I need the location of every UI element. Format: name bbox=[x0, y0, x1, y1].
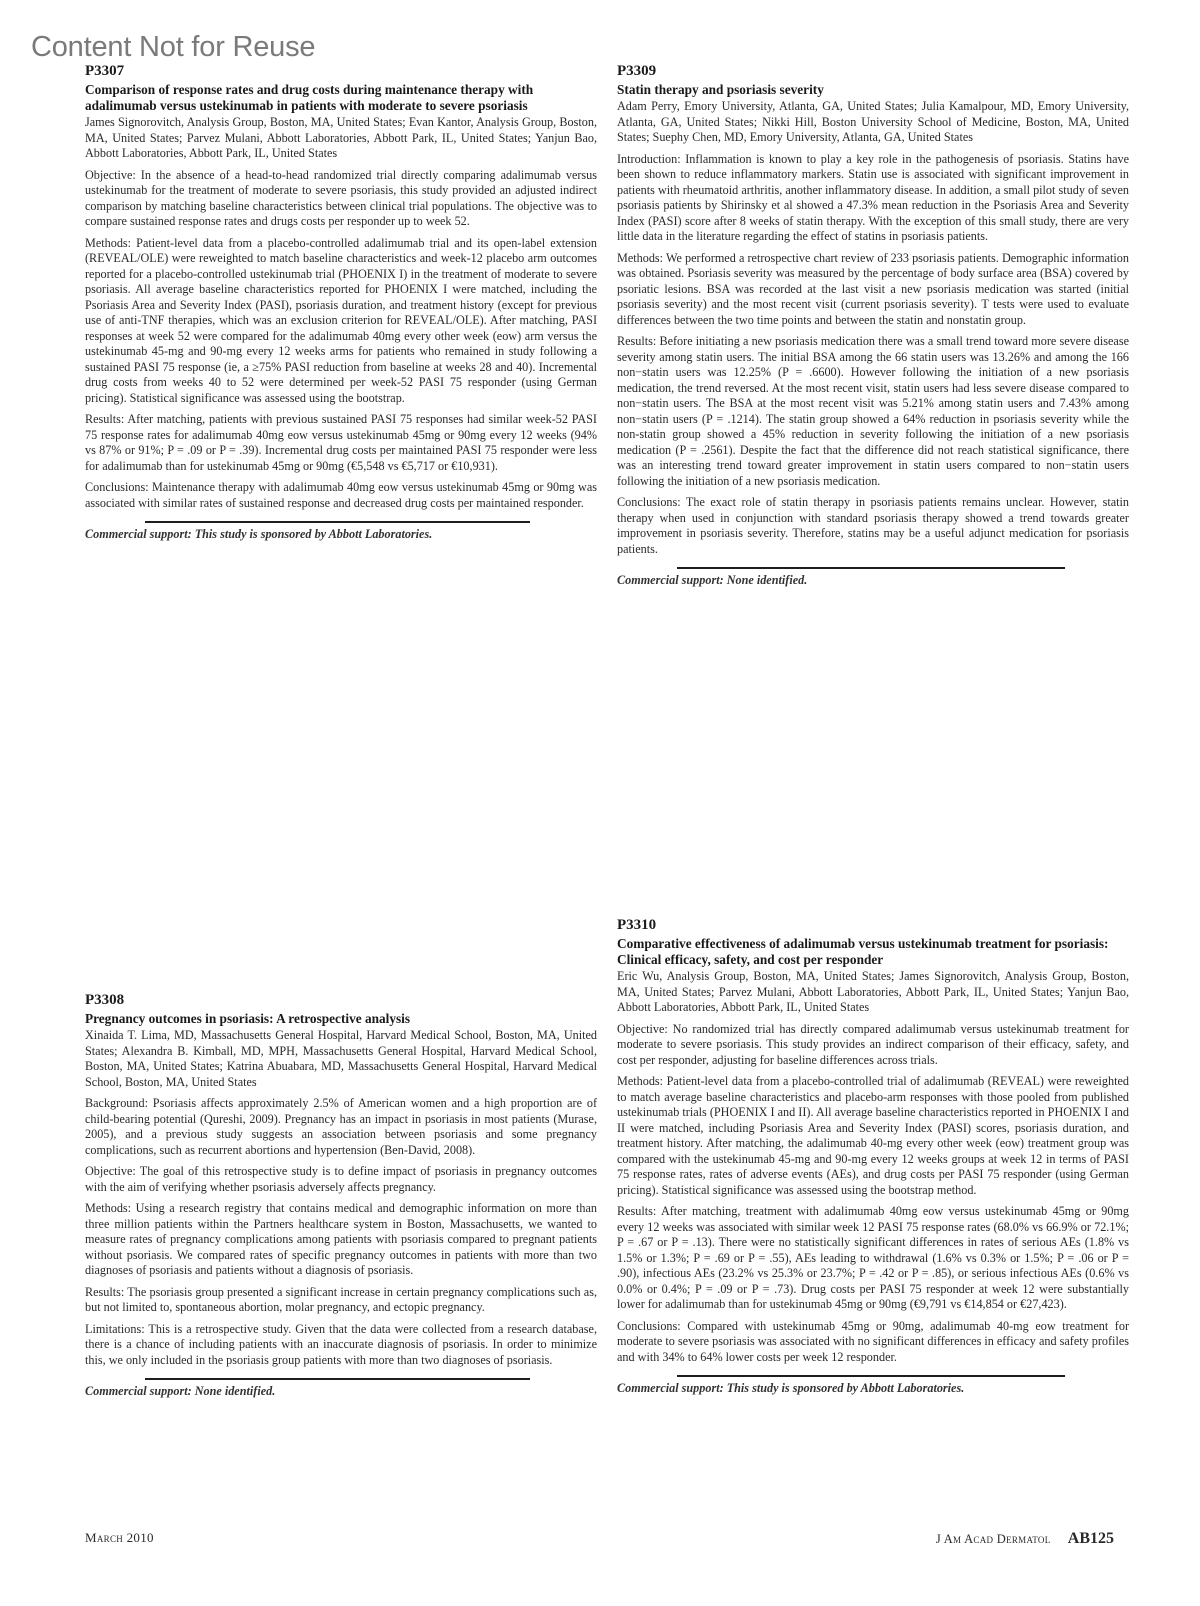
abstract-id: P3310 bbox=[617, 917, 1129, 934]
abstract-limitations: Limitations: This is a retrospective stu… bbox=[85, 1322, 597, 1369]
abstract-authors: Xinaida T. Lima, MD, Massachusetts Gener… bbox=[85, 1028, 597, 1090]
divider-rule bbox=[145, 521, 530, 523]
abstract-p3308: P3308 Pregnancy outcomes in psoriasis: A… bbox=[85, 992, 597, 1399]
abstract-objective: Objective: No randomized trial has direc… bbox=[617, 1022, 1129, 1069]
divider-rule bbox=[145, 1378, 530, 1380]
footer-date: March 2010 bbox=[85, 1530, 154, 1546]
abstract-conclusions: Conclusions: Maintenance therapy with ad… bbox=[85, 480, 597, 511]
abstract-introduction: Introduction: Inflammation is known to p… bbox=[617, 152, 1129, 245]
divider-rule bbox=[677, 567, 1065, 569]
abstract-p3307: P3307 Comparison of response rates and d… bbox=[85, 63, 597, 542]
abstract-results: Results: After matching, treatment with … bbox=[617, 1204, 1129, 1313]
commercial-support: Commercial support: None identified. bbox=[85, 1384, 597, 1399]
abstract-authors: Adam Perry, Emory University, Atlanta, G… bbox=[617, 99, 1129, 146]
abstract-methods: Methods: Using a research registry that … bbox=[85, 1201, 597, 1279]
commercial-support: Commercial support: This study is sponso… bbox=[85, 527, 597, 542]
abstract-methods: Methods: Patient-level data from a place… bbox=[85, 236, 597, 407]
abstract-id: P3307 bbox=[85, 63, 597, 80]
abstract-authors: James Signorovitch, Analysis Group, Bost… bbox=[85, 115, 597, 162]
footer-journal-info: J Am Acad Dermatol AB125 bbox=[936, 1530, 1114, 1548]
abstract-results: Results: The psoriasis group presented a… bbox=[85, 1285, 597, 1316]
abstract-objective: Objective: In the absence of a head-to-h… bbox=[85, 168, 597, 230]
abstract-conclusions: Conclusions: Compared with ustekinumab 4… bbox=[617, 1319, 1129, 1366]
abstract-title: Comparative effectiveness of adalimumab … bbox=[617, 936, 1129, 968]
abstract-background: Background: Psoriasis affects approximat… bbox=[85, 1096, 597, 1158]
abstract-title: Statin therapy and psoriasis severity bbox=[617, 82, 1129, 98]
abstract-objective: Objective: The goal of this retrospectiv… bbox=[85, 1164, 597, 1195]
abstract-authors: Eric Wu, Analysis Group, Boston, MA, Uni… bbox=[617, 969, 1129, 1016]
divider-rule bbox=[677, 1375, 1065, 1377]
abstract-p3310: P3310 Comparative effectiveness of adali… bbox=[617, 917, 1129, 1396]
commercial-support: Commercial support: This study is sponso… bbox=[617, 1381, 1129, 1396]
abstract-results: Results: After matching, patients with p… bbox=[85, 412, 597, 474]
abstract-id: P3309 bbox=[617, 63, 1129, 80]
commercial-support: Commercial support: None identified. bbox=[617, 573, 1129, 588]
footer-journal: J Am Acad Dermatol bbox=[936, 1532, 1051, 1546]
abstract-conclusions: Conclusions: The exact role of statin th… bbox=[617, 495, 1129, 557]
page-number: AB125 bbox=[1068, 1530, 1114, 1547]
abstract-title: Comparison of response rates and drug co… bbox=[85, 82, 597, 114]
abstract-results: Results: Before initiating a new psorias… bbox=[617, 334, 1129, 489]
abstract-p3309: P3309 Statin therapy and psoriasis sever… bbox=[617, 63, 1129, 588]
abstract-methods: Methods: Patient-level data from a place… bbox=[617, 1074, 1129, 1198]
watermark: Content Not for Reuse bbox=[31, 30, 315, 64]
abstract-title: Pregnancy outcomes in psoriasis: A retro… bbox=[85, 1011, 597, 1027]
abstract-id: P3308 bbox=[85, 992, 597, 1009]
abstract-methods: Methods: We performed a retrospective ch… bbox=[617, 251, 1129, 329]
